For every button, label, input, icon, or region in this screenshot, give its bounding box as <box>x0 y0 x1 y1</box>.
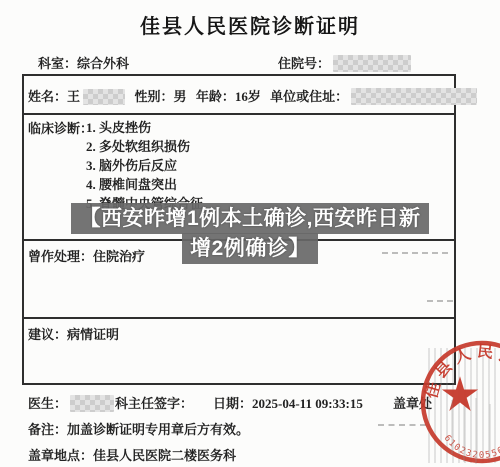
news-caption-overlay: 【西安昨增1例本土确诊,西安昨日新 增2例确诊】 <box>0 203 500 264</box>
admission-line: 住院号： <box>278 53 411 72</box>
diagnosis-certificate-page: 佳县人民医院诊断证明 科室：综合外科 住院号： 姓名：王 性别：男 年龄：16岁… <box>0 0 500 467</box>
diagnosis-item: 4. 腰椎间盘突出 <box>86 175 203 194</box>
note-label: 备注： <box>28 422 67 437</box>
scan-artifact <box>427 300 453 302</box>
redacted-name <box>83 89 125 105</box>
age-label: 年龄： <box>196 89 235 104</box>
redacted-address <box>351 88 477 105</box>
department-value: 综合外科 <box>77 56 129 71</box>
redacted-doctor-name <box>70 395 114 412</box>
diagnosis-item: 3. 脑外伤后反应 <box>86 156 203 175</box>
stamp-place-label: 盖章地点： <box>28 448 93 463</box>
suggestion-row: 建议：病情证明 <box>28 324 119 343</box>
caption-line-1: 【西安昨增1例本土确诊,西安昨日新 <box>71 203 428 234</box>
date-label: 日期： <box>213 396 252 411</box>
table-row-divider <box>22 317 456 319</box>
diagnosis-item: 1. 头皮挫伤 <box>86 118 203 137</box>
svg-text:6102320556: 6102320556 <box>442 433 500 460</box>
redacted-admission-number <box>333 55 411 72</box>
doctor-label: 医生： <box>28 396 67 411</box>
department-line: 科室：综合外科 <box>38 53 129 72</box>
director-sign-label: 科主任签字： <box>115 393 193 412</box>
diagnosis-item: 2. 多处软组织损伤 <box>86 137 203 156</box>
table-row-divider <box>22 113 456 115</box>
diagnosis-label: 临床诊断： <box>28 118 93 137</box>
director-label-text: 科主任签字： <box>115 396 193 411</box>
doctor-line: 医生： <box>28 393 114 412</box>
date-value: 2025-04-11 09:33:15 <box>252 396 363 411</box>
stamp-place-line: 盖章地点：佳县人民医院二楼医务科 <box>28 445 236 464</box>
suggestion-value: 病情证明 <box>67 327 119 342</box>
date-line: 日期：2025-04-11 09:33:15 <box>213 393 363 412</box>
seal-code-text: 6102320556 <box>442 433 500 460</box>
seal-star-icon <box>442 376 478 411</box>
hospital-seal-icon: 佳县人民医院 6102320556 <box>406 334 500 467</box>
gender-label: 性别： <box>135 89 174 104</box>
diagnosis-list: 1. 头皮挫伤 2. 多处软组织损伤 3. 脑外伤后反应 4. 腰椎间盘突出 5… <box>86 118 203 213</box>
note-value: 加盖诊断证明专用章后方有效。 <box>67 422 249 437</box>
age-value: 16岁 <box>235 89 261 104</box>
admission-label: 住院号： <box>278 56 330 71</box>
stamp-place-value: 佳县人民医院二楼医务科 <box>93 448 236 463</box>
note-line: 备注：加盖诊断证明专用章后方有效。 <box>28 419 249 438</box>
diagnosis-label-text: 临床诊断： <box>28 121 93 136</box>
gender-value: 男 <box>174 89 187 104</box>
page-title: 佳县人民医院诊断证明 <box>0 10 500 39</box>
suggestion-label: 建议： <box>28 327 67 342</box>
name-value: 王 <box>67 89 80 104</box>
address-label: 单位或住址： <box>270 89 348 104</box>
caption-line-2: 增2例确诊】 <box>182 233 318 264</box>
hospital-seal: 佳县人民医院 6102320556 <box>406 334 500 467</box>
patient-row: 姓名：王 性别：男 年龄：16岁 单位或住址： <box>28 86 477 105</box>
department-label: 科室： <box>38 56 77 71</box>
name-label: 姓名： <box>28 89 67 104</box>
